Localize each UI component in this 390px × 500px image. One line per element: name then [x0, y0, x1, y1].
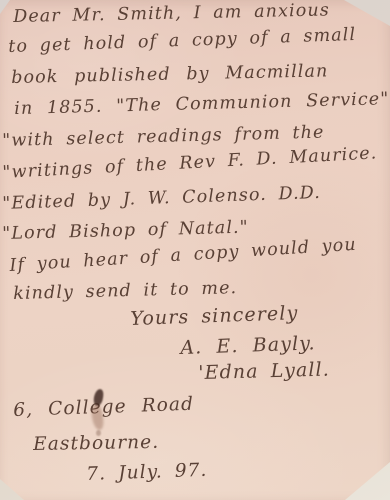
ink-smudge: [96, 430, 101, 436]
pen-name-line: 'Edna Lyall.: [198, 359, 330, 384]
body-line: book published by Macmillan: [11, 61, 329, 88]
body-line: "with select readings from the: [2, 123, 325, 151]
body-line: "Edited by J. W. Colenso. D.D.: [2, 183, 321, 214]
closing-line: Yours sincerely: [130, 302, 299, 330]
scan-background: Dear Mr. Smith, I am anxious to get hold…: [0, 0, 390, 500]
body-line: "Lord Bishop of Natal.": [2, 218, 249, 244]
body-line: to get hold of a copy of a small: [8, 25, 356, 57]
date-line: 7. July. 97.: [86, 460, 208, 485]
signature-line: A. E. Bayly.: [180, 332, 316, 359]
salutation-line: Dear Mr. Smith, I am anxious: [13, 0, 330, 27]
address-line-1: 6, College Road: [13, 394, 194, 421]
letter-paper: Dear Mr. Smith, I am anxious to get hold…: [0, 0, 390, 500]
body-line: kindly send it to me.: [13, 278, 237, 304]
body-line: in 1855. "The Communion Service": [14, 89, 390, 119]
